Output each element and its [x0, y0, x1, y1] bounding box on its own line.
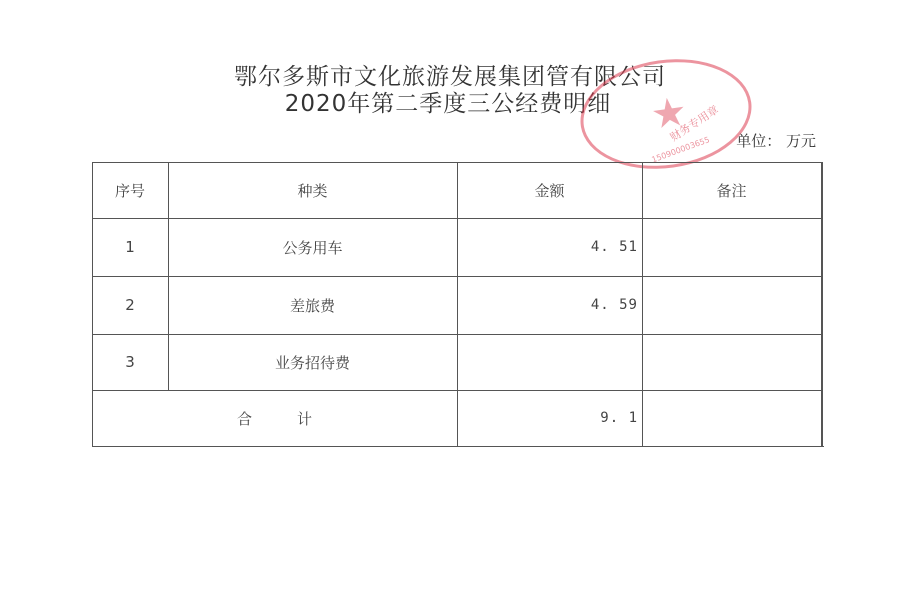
table-border-bottom [93, 446, 824, 447]
header-category: 种类 [168, 162, 457, 218]
row-category: 公务用车 [168, 218, 457, 276]
total-label: 合 计 [92, 390, 457, 446]
unit-label: 单位： 万元 [736, 130, 816, 151]
row-category: 业务招待费 [168, 334, 457, 390]
row-index: 1 [92, 218, 168, 276]
row-amount [457, 334, 642, 390]
row-amount: 4. 51 [457, 218, 642, 276]
header-amount: 金额 [457, 162, 642, 218]
total-amount: 9. 1 [457, 390, 642, 446]
row-index: 2 [92, 276, 168, 334]
row-note [642, 276, 821, 334]
row-note [642, 218, 821, 276]
total-note [642, 390, 821, 446]
row-index: 3 [92, 334, 168, 390]
document-subtitle: 2020年第二季度三公经费明细 [0, 85, 898, 118]
row-amount: 4. 59 [457, 276, 642, 334]
row-category: 差旅费 [168, 276, 457, 334]
header-index: 序号 [92, 162, 168, 218]
table-border-right [821, 162, 823, 447]
header-note: 备注 [642, 162, 821, 218]
row-note [642, 334, 821, 390]
